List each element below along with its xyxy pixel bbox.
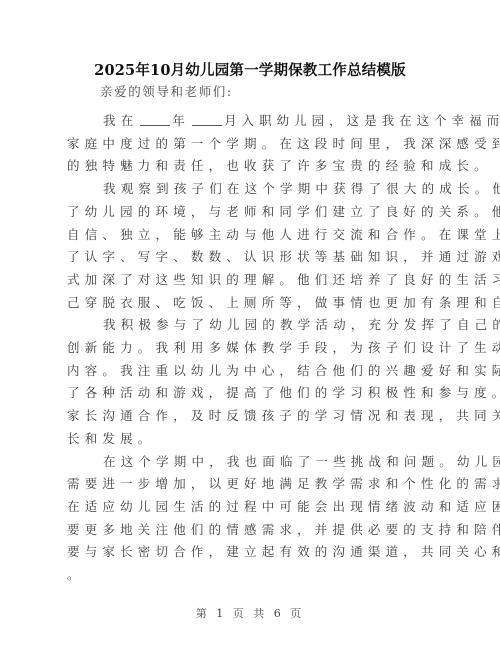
text-line: 内容。我注重以幼儿为中心，结合他们的兴趣爱好和实际情况，设计 [31,360,437,383]
paragraph-growth: 我观察到孩子们在这个学期中获得了很大的成长。他们逐渐适应 了幼儿园的环境，与老师… [67,178,437,314]
text-line: 要与家长密切合作，建立起有效的沟通渠道，共同关心和教育孩子们 [31,541,437,564]
text-segment: 年 [172,113,190,128]
text-line: 要更多地关注他们的情感需求，并提供必要的支持和陪伴。我们也需 [31,519,437,542]
text-line: 。 [31,564,437,587]
document-title: 2025年10月幼儿园第一学期保教工作总结模版 [0,59,500,80]
text-line: 了认字、写字、数数、认识形状等基础知识，并通过游戏和互动的方 [31,246,437,269]
text-segment: 我在 [103,113,138,128]
text-line: 式加深了对这些知识的理解。他们还培养了良好的生活习惯，能够自 [31,269,437,292]
text-line: 了各种活动和游戏，提高了他们的学习积极性和参与度。我还积极与 [31,382,437,405]
paragraph-teaching: 我积极参与了幼儿园的教学活动，充分发挥了自己的专业优势和 创新能力。我利用多媒体… [67,314,437,450]
fill-in-blank-year [140,113,170,126]
text-line: 需要进一步增加，以更好地满足教学需求和个性化的需求。有些孩子 [31,473,437,496]
text-line: 创新能力。我利用多媒体教学手段，为孩子们设计了生动有趣的课程 [31,337,437,360]
text-line: 家庭中度过的第一个学期。在这段时间里，我深深感受到了幼儿教育 [31,133,437,156]
text-line: 自信、独立，能够主动与他人进行交流和合作。在课堂上，他们学会 [31,224,437,247]
page-number-footer: 第 1 页 共 6 页 [0,605,500,621]
text-line: 在适应幼儿园生活的过程中可能会出现情绪波动和适应困难，我们需 [31,496,437,519]
text-line: 的独特魅力和责任，也收获了许多宝贵的经验和成长。 [31,155,437,178]
text-line: 了幼儿园的环境，与老师和同学们建立了良好的关系。他们变得更加 [31,201,437,224]
document-page: 2025年10月幼儿园第一学期保教工作总结模版 亲爱的领导和老师们: 我在年月入… [0,0,500,647]
text-line: 我在年月入职幼儿园，这是我在这个幸福而充满爱的大 [67,110,437,133]
document-body: 我在年月入职幼儿园，这是我在这个幸福而充满爱的大 家庭中度过的第一个学期。在这段… [67,110,437,587]
text-line: 家长沟通合作，及时反馈孩子的学习情况和表现，共同关注孩子的成 [31,405,437,428]
salutation: 亲爱的领导和老师们: [100,82,233,100]
text-line: 在这个学期中，我也面临了一些挑战和问题。幼儿园的师资力量 [67,451,437,474]
text-segment: 月入职幼儿园，这是我在这个幸福而充满爱的大 [224,113,500,128]
text-line: 长和发展。 [31,428,437,451]
fill-in-blank-month [192,113,222,126]
paragraph-challenges: 在这个学期中，我也面临了一些挑战和问题。幼儿园的师资力量 需要进一步增加，以更好… [67,451,437,587]
text-line: 己穿脱衣服、吃饭、上厕所等，做事情也更加有条理和自律。 [31,292,437,315]
intro-paragraph: 我在年月入职幼儿园，这是我在这个幸福而充满爱的大 家庭中度过的第一个学期。在这段… [67,110,437,178]
text-line: 我积极参与了幼儿园的教学活动，充分发挥了自己的专业优势和 [67,314,437,337]
text-line: 我观察到孩子们在这个学期中获得了很大的成长。他们逐渐适应 [67,178,437,201]
